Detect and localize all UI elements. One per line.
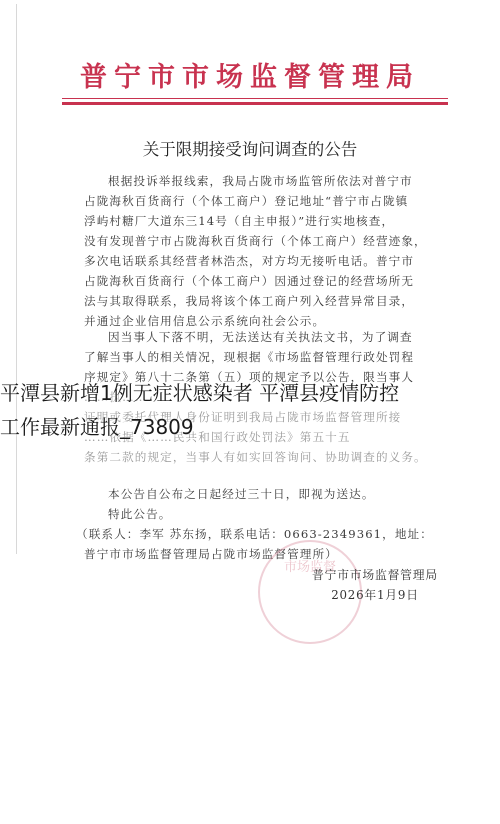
paragraph-line: 特此公告。 <box>84 504 424 524</box>
signature-date: 2026年1月9日 <box>290 585 460 605</box>
paragraph-line: 本公告自公布之日起经过三十日，即视为送达。 <box>84 484 424 504</box>
paragraph-line: 条第二款的规定，当事人有如实回答询问、协助调查的义务。 <box>84 447 424 467</box>
signature-block: 普宁市市场监督管理局 2026年1月9日 <box>290 565 460 605</box>
contact-line: 普宁市市场监督管理局占陇市场监督管理所） <box>84 544 424 564</box>
paragraph-line: 占陇海秋百货商行（个体工商户）登记地址“普宁市占陇镇 <box>84 191 424 211</box>
paragraph-line: 因当事人下落不明，无法送达有关执法文书，为了调查 <box>84 327 424 347</box>
notice-title: 关于限期接受询问调查的公告 <box>0 136 500 160</box>
agency-header: 普宁市市场监督管理局 <box>0 55 500 94</box>
header-rule-thick <box>62 102 448 105</box>
overlay-line-1: 平潭县新增1例无症状感染者 平潭县疫情防控 <box>0 376 500 410</box>
paragraph-line: 根据投诉举报线索，我局占陇市场监管所依法对普宁市 <box>84 171 424 191</box>
header-rule-thin <box>62 98 448 99</box>
paragraph-3: 本公告自公布之日起经过三十日，即视为送达。 特此公告。 （联系人：李军 苏东扬，… <box>84 484 424 564</box>
paragraph-line: 法与其取得联系，我局将该个体工商户列入经营异常目录， <box>84 291 424 311</box>
contact-line: （联系人：李军 苏东扬，联系电话：0663-2349361，地址： <box>76 524 424 544</box>
overlay-line-2: 工作最新通报_73809 <box>0 410 500 444</box>
paragraph-line: 占陇海秋百货商行（个体工商户）因通过登记的经营场所无 <box>84 271 424 291</box>
paragraph-1: 根据投诉举报线索，我局占陇市场监管所依法对普宁市 占陇海秋百货商行（个体工商户）… <box>84 171 424 331</box>
paragraph-line: 浮屿村糖厂大道东三14号（自主申报）”进行实地核查， <box>84 211 424 231</box>
signature-agency: 普宁市市场监督管理局 <box>290 565 460 585</box>
paragraph-line: 了解当事人的相关情况，现根据《市场监督管理行政处罚程 <box>84 347 424 367</box>
overlay-headline: 平潭县新增1例无症状感染者 平潭县疫情防控 工作最新通报_73809 <box>0 376 500 444</box>
paragraph-line: 多次电话联系其经营者林浩杰，对方均无接听电话。普宁市 <box>84 251 424 271</box>
paragraph-line: 没有发现普宁市占陇海秋百货商行（个体工商户）经营迹象， <box>84 231 424 251</box>
